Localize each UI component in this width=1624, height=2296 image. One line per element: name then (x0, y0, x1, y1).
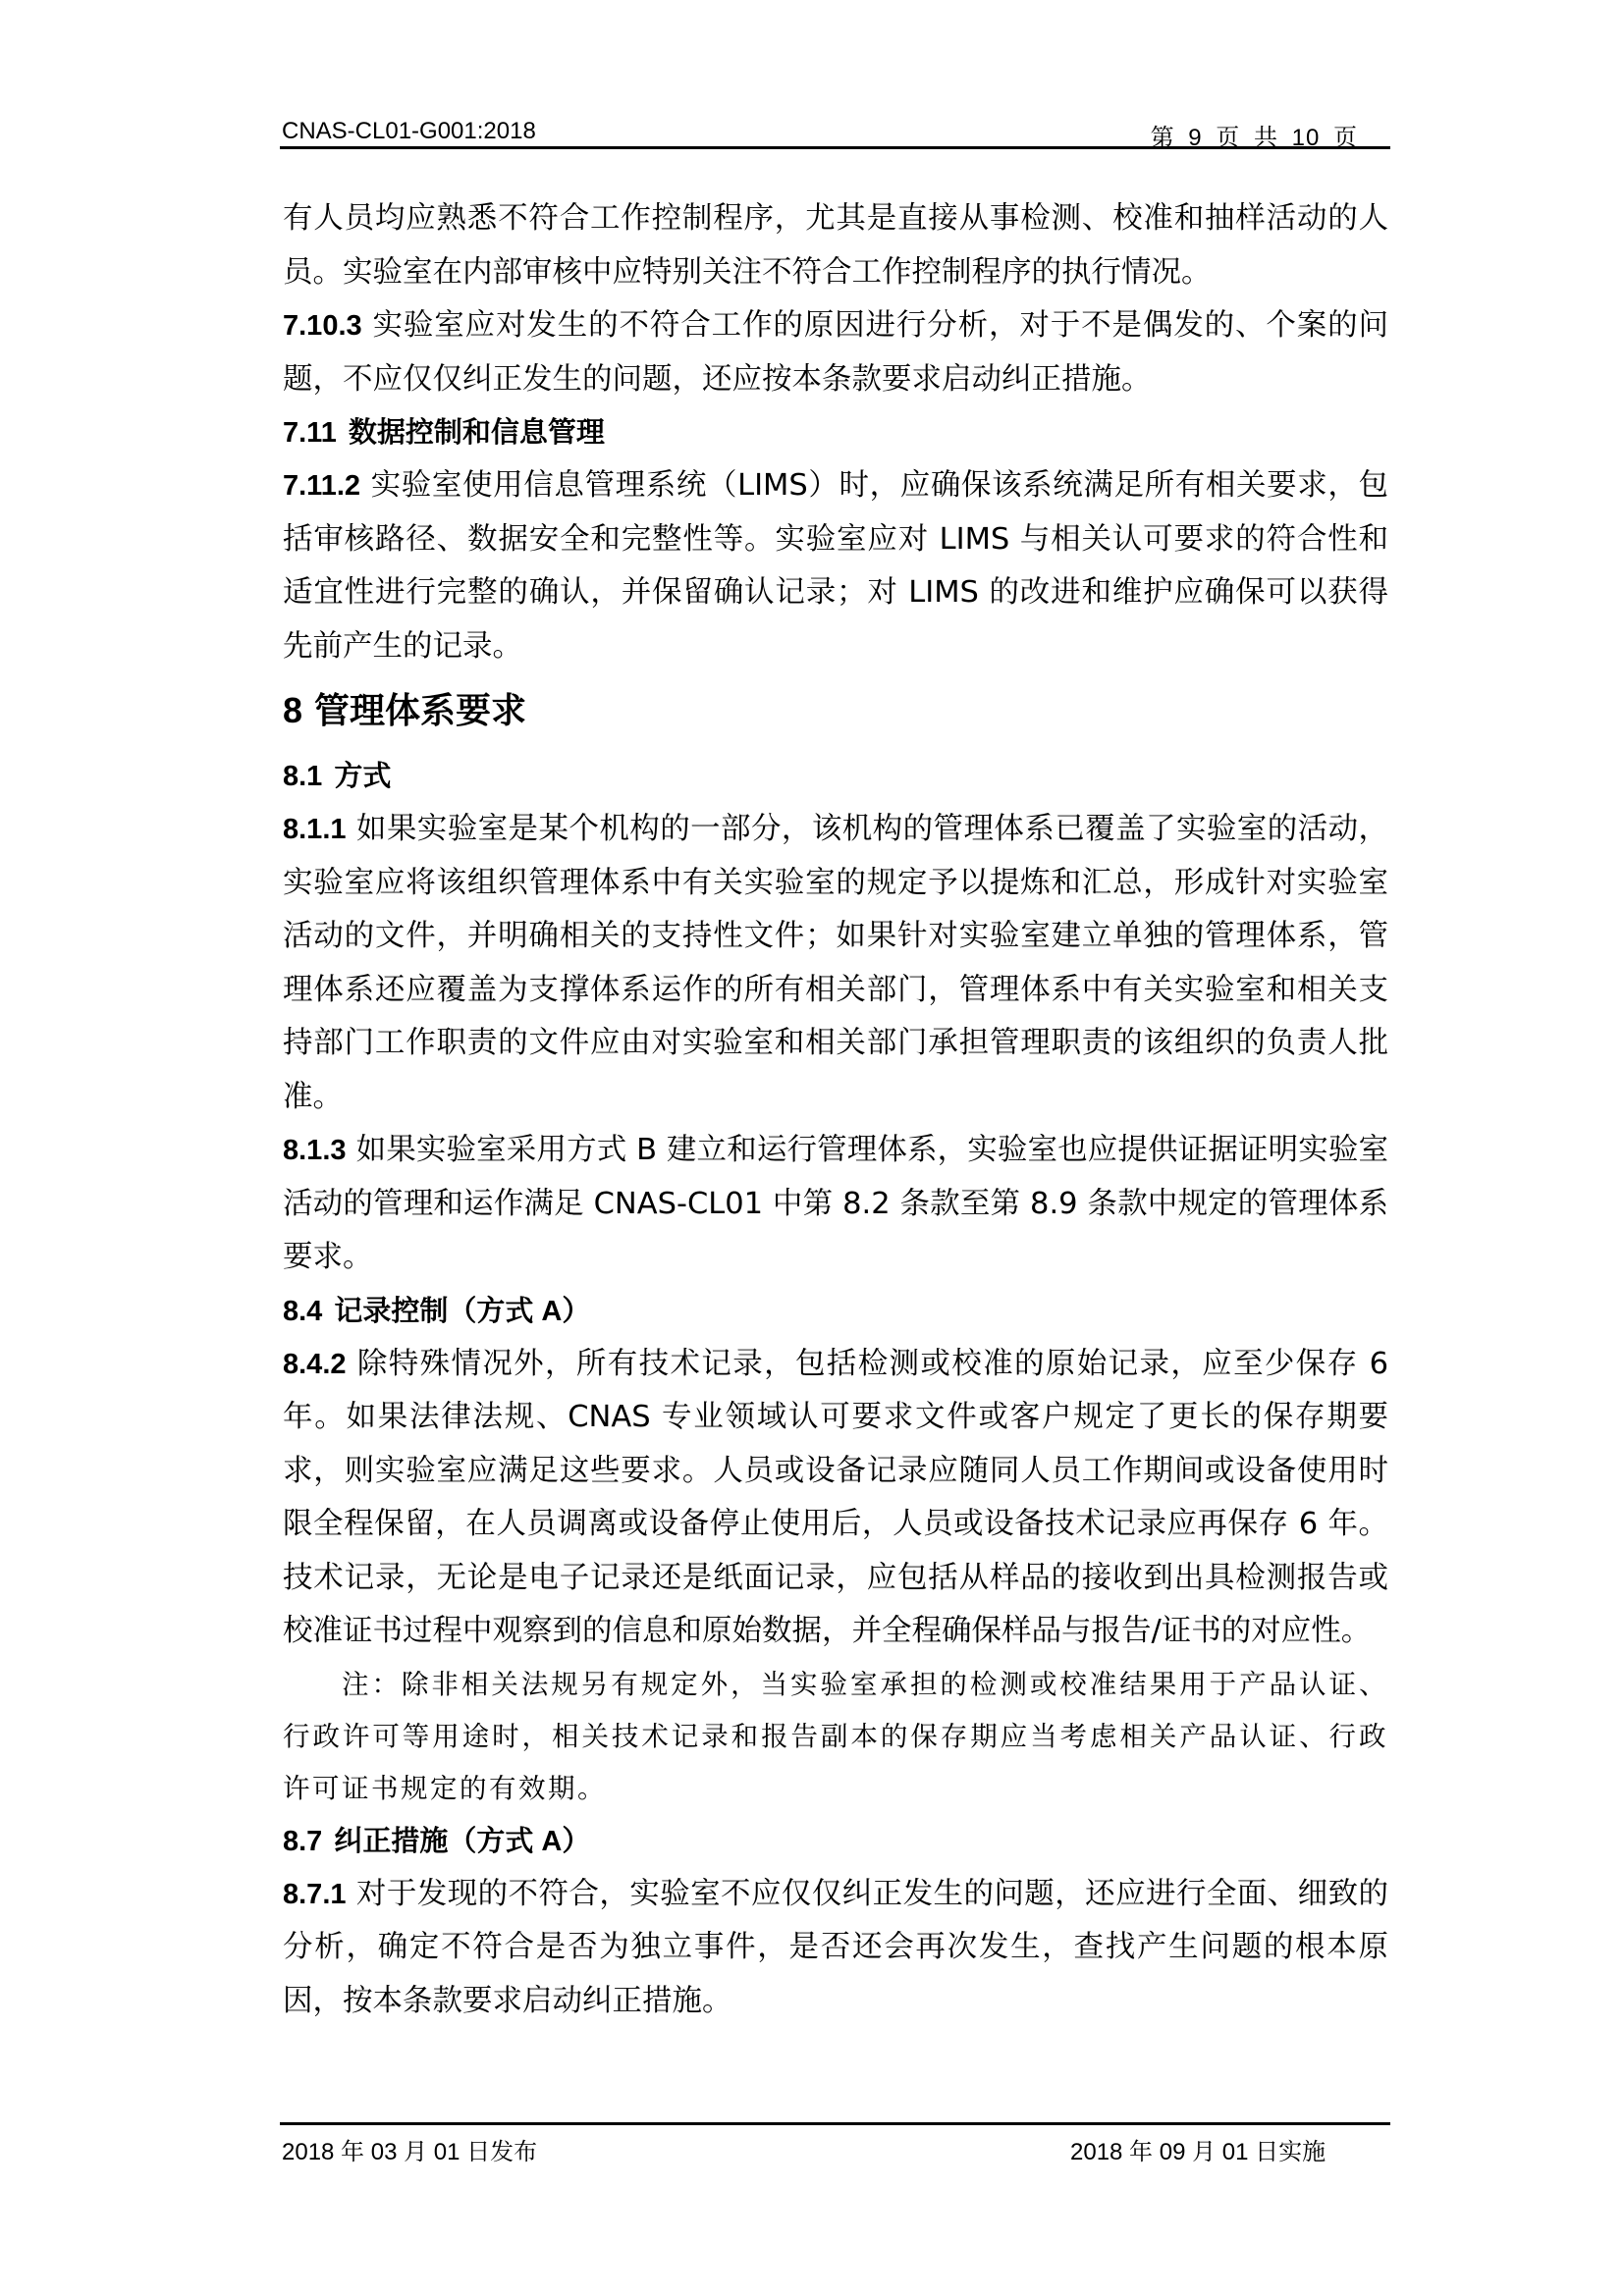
clause-7-10-3: 7.10.3实验室应对发生的不符合工作的原因进行分析，对于不是偶发的、个案的问题… (283, 299, 1388, 406)
note-8-4-2: 注：除非相关法规另有规定外，当实验室承担的检测或校准结果用于产品认证、行政许可等… (283, 1659, 1388, 1815)
paragraph-continuation: 有人员均应熟悉不符合工作控制程序，尤其是直接从事检测、校准和抽样活动的人员。实验… (283, 192, 1388, 299)
clause-number: 8.4.2 (283, 1349, 347, 1380)
section-number: 8.1 (283, 761, 322, 792)
chapter-heading-8: 8管理体系要求 (283, 677, 1388, 744)
clause-7-11-2: 7.11.2实验室使用信息管理系统（LIMS）时，应确保该系统满足所有相关要求，… (283, 459, 1388, 673)
clause-text: 如果实验室是某个机构的一部分，该机构的管理体系已覆盖了实验室的活动，实验室应将该… (283, 812, 1388, 1114)
section-heading-8-1: 8.1方式 (283, 750, 1388, 803)
section-heading-8-4: 8.4记录控制（方式 A） (283, 1285, 1388, 1338)
section-heading-7-11: 7.11数据控制和信息管理 (283, 406, 1388, 459)
header-divider (280, 146, 1390, 149)
section-title: 记录控制（方式 A） (334, 1296, 590, 1327)
clause-8-1-3: 8.1.3如果实验室采用方式 B 建立和运行管理体系，实验室也应提供证据证明实验… (283, 1124, 1388, 1285)
document-page: CNAS-CL01-G001:2018 第 9 页 共 10 页 有人员均应熟悉… (0, 0, 1624, 2296)
section-number: 8.7 (283, 1826, 322, 1857)
clause-text: 除特殊情况外，所有技术记录，包括检测或校准的原始记录，应至少保存 6 年。如果法… (283, 1347, 1388, 1649)
clause-text: 如果实验室采用方式 B 建立和运行管理体系，实验室也应提供证据证明实验室活动的管… (283, 1133, 1388, 1274)
issue-date: 2018 年 03 月 01 日发布 (282, 2132, 537, 2166)
clause-number: 7.10.3 (283, 310, 362, 342)
footer-divider (280, 2122, 1390, 2125)
clause-text: 对于发现的不符合，实验室不应仅仅纠正发生的问题，还应进行全面、细致的分析，确定不… (283, 1877, 1388, 2018)
section-title: 纠正措施（方式 A） (334, 1826, 590, 1857)
clause-8-4-2: 8.4.2除特殊情况外，所有技术记录，包括检测或校准的原始记录，应至少保存 6 … (283, 1338, 1388, 1659)
document-body: 有人员均应熟悉不符合工作控制程序，尤其是直接从事检测、校准和抽样活动的人员。实验… (283, 192, 1388, 2028)
clause-8-7-1: 8.7.1对于发现的不符合，实验室不应仅仅纠正发生的问题，还应进行全面、细致的分… (283, 1868, 1388, 2029)
chapter-number: 8 (283, 690, 302, 730)
document-code: CNAS-CL01-G001:2018 (282, 118, 536, 145)
clause-number: 8.1.1 (283, 814, 347, 845)
clause-number: 8.1.3 (283, 1135, 347, 1166)
clause-number: 8.7.1 (283, 1879, 347, 1910)
clause-number: 7.11.2 (283, 470, 360, 502)
clause-8-1-1: 8.1.1如果实验室是某个机构的一部分，该机构的管理体系已覆盖了实验室的活动，实… (283, 803, 1388, 1124)
section-heading-8-7: 8.7纠正措施（方式 A） (283, 1815, 1388, 1868)
section-number: 8.4 (283, 1296, 322, 1327)
section-title: 数据控制和信息管理 (349, 417, 605, 449)
clause-text: 实验室应对发生的不符合工作的原因进行分析，对于不是偶发的、个案的问题，不应仅仅纠… (283, 308, 1388, 397)
chapter-title: 管理体系要求 (314, 690, 526, 730)
effective-date: 2018 年 09 月 01 日实施 (1070, 2132, 1326, 2166)
page-header: CNAS-CL01-G001:2018 第 9 页 共 10 页 (280, 116, 1389, 149)
section-title: 方式 (334, 761, 391, 792)
clause-text: 实验室使用信息管理系统（LIMS）时，应确保该系统满足所有相关要求，包括审核路径… (283, 468, 1388, 664)
section-number: 7.11 (283, 417, 337, 449)
